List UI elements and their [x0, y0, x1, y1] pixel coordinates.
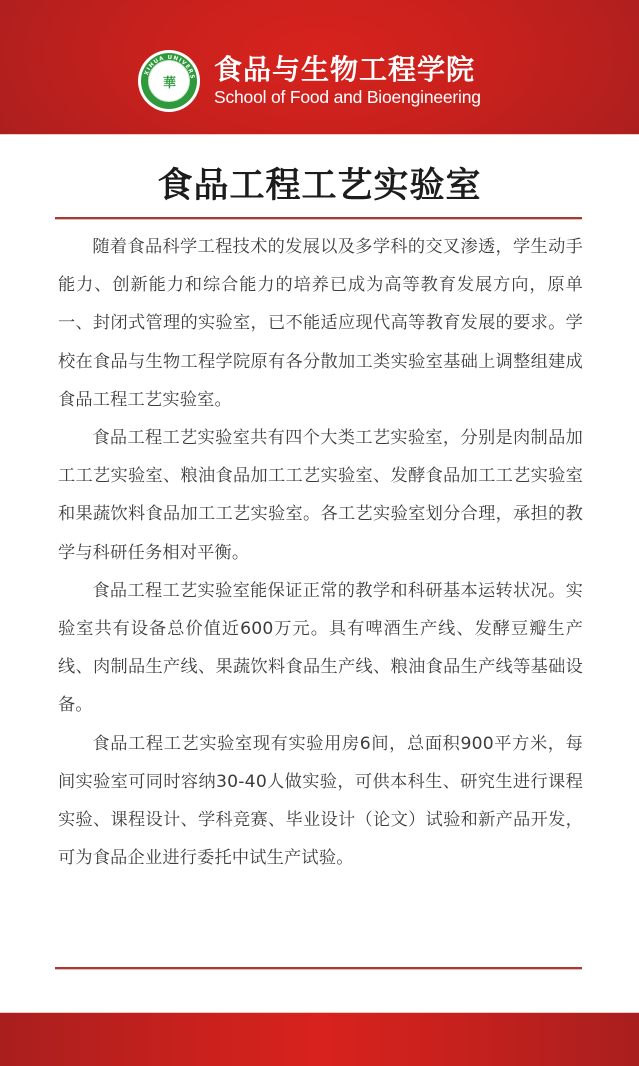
seal-center: 華 — [148, 60, 190, 102]
school-name: 食品与生物工程学院 School of Food and Bioengineer… — [214, 54, 481, 108]
paragraph-4: 食品工程工艺实验室现有实验用房6间，总面积900平方米，每间实验室可同时容纳30… — [58, 725, 583, 878]
school-brand: XIHUA UNIVERSITY 華 食品与生物工程学院 School of F… — [138, 50, 481, 112]
top-divider — [55, 217, 582, 219]
school-name-cn: 食品与生物工程学院 — [214, 54, 481, 86]
school-name-en: School of Food and Bioengineering — [214, 86, 481, 108]
article-body: 随着食品科学工程技术的发展以及多学科的交叉渗透，学生动手能力、创新能力和综合能力… — [58, 228, 583, 877]
footer-banner — [0, 1013, 639, 1066]
paragraph-2: 食品工程工艺实验室共有四个大类工艺实验室，分别是肉制品加工工艺实验室、粮油食品加… — [58, 419, 583, 572]
page-title: 食品工程工艺实验室 — [0, 164, 639, 208]
paragraph-1: 随着食品科学工程技术的发展以及多学科的交叉渗透，学生动手能力、创新能力和综合能力… — [58, 228, 583, 419]
paragraph-3: 食品工程工艺实验室能保证正常的教学和科研基本运转状况。实验室共有设备总价值近60… — [58, 572, 583, 725]
university-seal-icon: XIHUA UNIVERSITY 華 — [138, 50, 200, 112]
bottom-divider — [55, 967, 582, 969]
header-banner: XIHUA UNIVERSITY 華 食品与生物工程学院 School of F… — [0, 0, 639, 134]
